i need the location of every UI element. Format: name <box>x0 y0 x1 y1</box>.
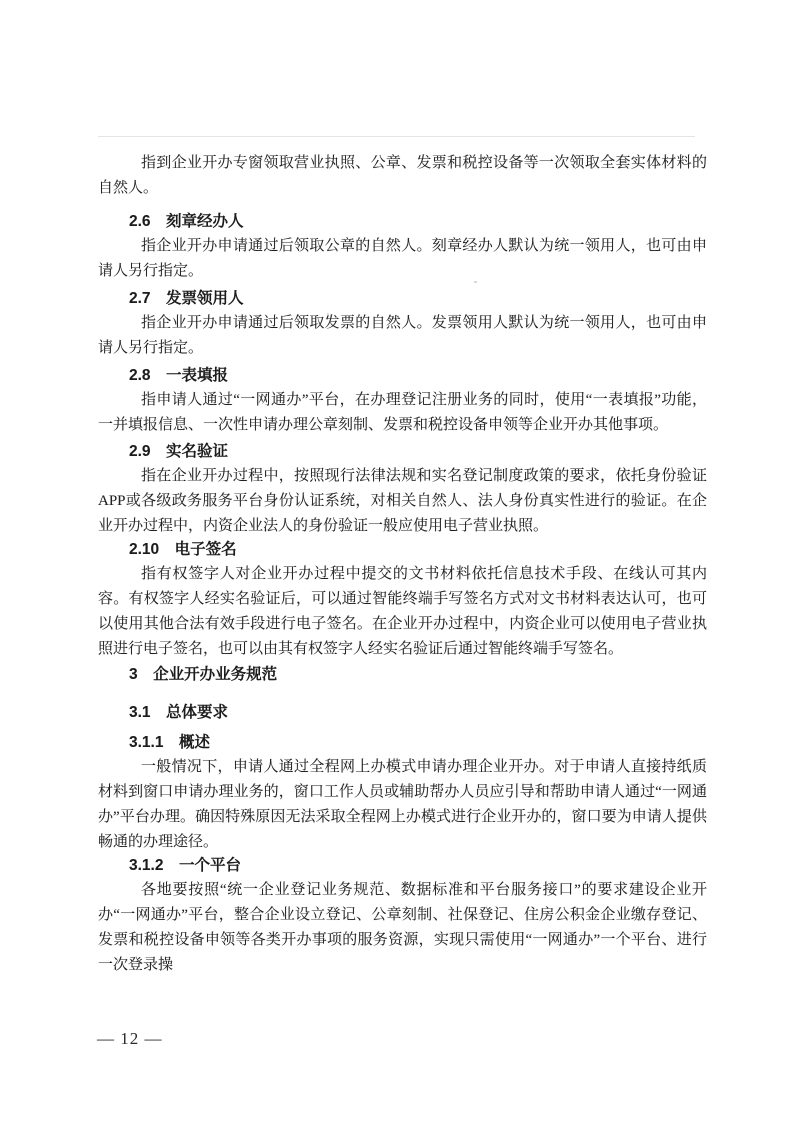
page-top-divider <box>98 136 695 137</box>
paragraph-2-6: 指企业开办申请通过后领取公章的自然人。刻章经办人默认为统一领用人，也可由申请人另… <box>98 234 707 284</box>
heading-3-1-1-overview: 3.1.1 概述 <box>98 730 707 755</box>
document-content: 指到企业开办专窗领取营业执照、公章、发票和税控设备等一次领取全套实体材料的自然人… <box>98 138 707 978</box>
paragraph-2-7: 指企业开办申请通过后领取发票的自然人。发票领用人默认为统一领用人，也可由申请人另… <box>98 311 707 361</box>
heading-3-1-general-requirements: 3.1 总体要求 <box>98 700 707 725</box>
document-page: 指到企业开办专窗领取营业执照、公章、发票和税控设备等一次领取全套实体材料的自然人… <box>0 0 793 1122</box>
heading-2-10-electronic-signature: 2.10 电子签名 <box>98 537 707 562</box>
heading-2-6-seal-handler: 2.6 刻章经办人 <box>98 209 707 234</box>
heading-3-1-2-one-platform: 3.1.2 一个平台 <box>98 853 707 878</box>
paragraph-3-1-1: 一般情况下，申请人通过全程网上办模式申请办理企业开办。对于申请人直接持纸质材料到… <box>98 755 707 855</box>
heading-2-7-invoice-recipient: 2.7 发票领用人 <box>98 286 707 311</box>
paragraph-2-8: 指申请人通过“一网通办”平台，在办理登记注册业务的同时，使用“一表填报”功能，一… <box>98 388 707 438</box>
paragraph-2-9: 指在企业开办过程中，按照现行法律法规和实名登记制度政策的要求，依托身份验证APP… <box>98 464 707 539</box>
heading-2-8-one-form-filing: 2.8 一表填报 <box>98 363 707 388</box>
scan-noise-speck <box>474 281 477 283</box>
heading-2-9-real-name-verification: 2.9 实名验证 <box>98 439 707 464</box>
paragraph-carryover: 指到企业开办专窗领取营业执照、公章、发票和税控设备等一次领取全套实体材料的自然人… <box>98 151 707 201</box>
paragraph-2-10: 指有权签字人对企业开办过程中提交的文书材料依托信息技术手段、在线认可其内容。有权… <box>98 562 707 662</box>
scan-noise-speck <box>327 313 329 315</box>
heading-3-business-standards: 3 企业开办业务规范 <box>98 662 707 687</box>
paragraph-3-1-2: 各地要按照“统一企业登记业务规范、数据标准和平台服务接口”的要求建设企业开办“一… <box>98 878 707 978</box>
page-number: — 12 — <box>97 1029 163 1049</box>
